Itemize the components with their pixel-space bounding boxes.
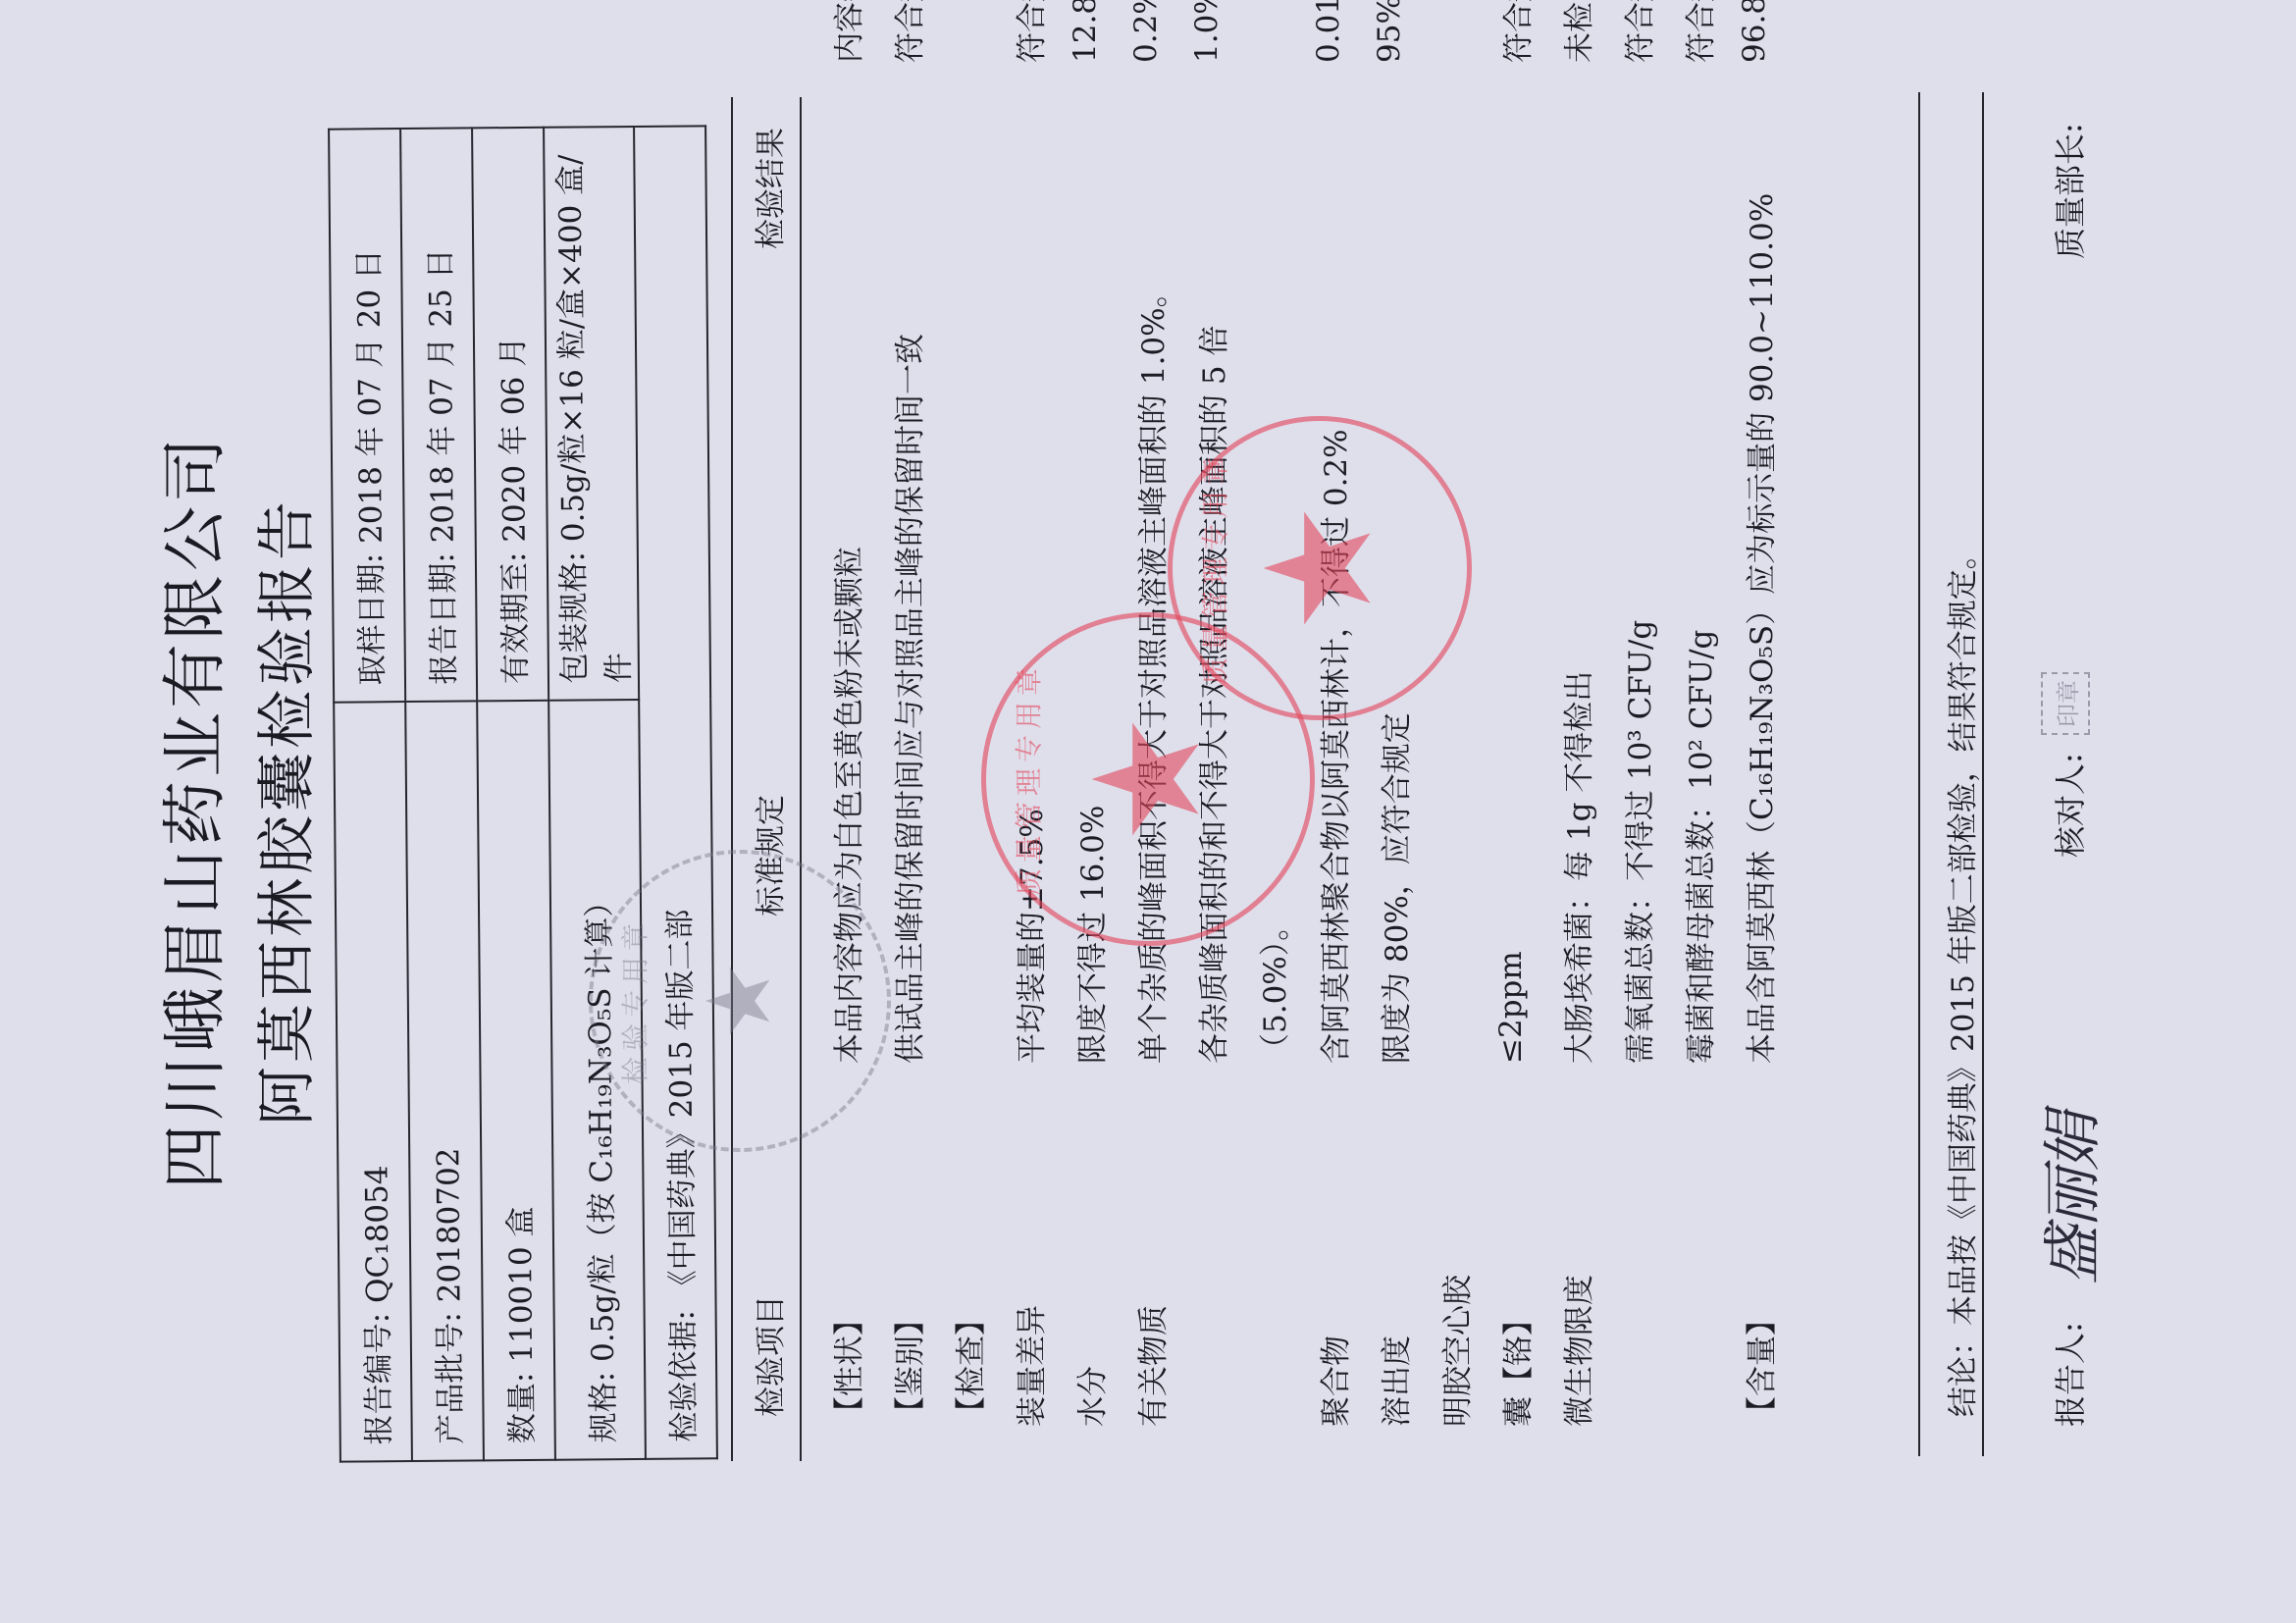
reporter-signature: 盛丽娟	[2026, 1114, 2111, 1284]
divider-line	[1918, 92, 1920, 1456]
column-header-result: 检验结果	[746, 128, 790, 249]
table-row: 装量差异平均装量的±7.5%符合规定	[1007, 53, 1046, 1427]
standard-cell: 供试品主峰的保留时间应与对照品主峰的保留时间一致	[885, 334, 929, 1064]
standard-cell: 大肠埃希菌：每 1g 不得检出	[1554, 671, 1598, 1064]
checker-seal: 印章	[2041, 672, 2090, 735]
specification-label: 规格:	[586, 1372, 622, 1443]
column-header-item: 检验项目	[746, 1295, 790, 1417]
reporter-label: 报告人:	[2046, 1322, 2091, 1427]
table-row: 【性状】本品内容物应为白色至黄色粉末或颗粒内容物为白色颗粒	[824, 53, 863, 1427]
standard-cell: 限度不得过 16.0%	[1068, 806, 1112, 1064]
result-cell: 95%	[1372, 0, 1407, 63]
standard-cell: 单个杂质的峰面积不得大于对照品溶液主峰面积的 1.0%。	[1128, 277, 1173, 1064]
batch-number-cell: 产品批号: 20180702	[405, 701, 484, 1461]
batch-number-value: 20180702	[431, 1147, 467, 1302]
standard-cell: 平均装量的±7.5%	[1007, 809, 1051, 1064]
standard-cell: （5.0%）。	[1250, 911, 1294, 1064]
expiry-cell: 有效期至: 2020 年 06 月	[472, 128, 548, 702]
table-row: 霉菌和酵母菌总数：10² CFU/g符合规定	[1676, 53, 1715, 1427]
item-cell: 囊【铬】	[1493, 1305, 1538, 1427]
item-cell: 微生物限度	[1554, 1275, 1598, 1427]
info-row: 检验依据: 《中国药典》2015 年版二部	[634, 126, 717, 1459]
quantity-label: 数量:	[504, 1372, 541, 1443]
table-row: 有关物质单个杂质的峰面积不得大于对照品溶液主峰面积的 1.0%。0.2%	[1128, 53, 1168, 1427]
checker-label: 核对人:	[2046, 753, 2091, 858]
result-cell: 内容物为白色颗粒	[824, 0, 868, 63]
report-page: 四川峨眉山药业有限公司 阿莫西林胶囊检验报告 报告编号: QC₁8054 取样日…	[0, 0, 2296, 1623]
column-header-standard: 标准规定	[746, 795, 790, 916]
report-number-label: 报告编号:	[361, 1313, 397, 1445]
table-row: （5.0%）。	[1250, 53, 1289, 1427]
specification-cell: 规格: 0.5g/粒（按 C₁₆H₁₉N₃O₅S 计算）	[548, 700, 646, 1460]
info-row: 规格: 0.5g/粒（按 C₁₆H₁₉N₃O₅S 计算） 包装规格: 0.5g/…	[544, 127, 646, 1460]
item-cell: 【含量】	[1737, 1305, 1781, 1427]
report-info-table: 报告编号: QC₁8054 取样日期: 2018 年 07 月 20 日 产品批…	[328, 125, 718, 1462]
info-row: 报告编号: QC₁8054 取样日期: 2018 年 07 月 20 日	[329, 129, 412, 1462]
item-cell: 水分	[1068, 1366, 1112, 1427]
item-cell: 聚合物	[1311, 1335, 1355, 1427]
company-title: 四川峨眉山药业有限公司	[142, 0, 235, 1623]
result-cell: 96.8%	[1737, 0, 1772, 63]
info-row: 数量: 110010 盒 有效期至: 2020 年 06 月	[472, 128, 555, 1461]
standard-cell: 本品内容物应为白色至黄色粉末或颗粒	[824, 547, 868, 1064]
result-cell: 符合规定	[1007, 0, 1051, 63]
report-number-cell: 报告编号: QC₁8054	[334, 702, 412, 1462]
packaging-label: 包装规格:	[556, 551, 593, 684]
standard-cell: ≤2ppm	[1493, 951, 1529, 1064]
basis-label: 检验依据:	[666, 1310, 703, 1442]
scanned-document: 四川峨眉山药业有限公司 阿莫西林胶囊检验报告 报告编号: QC₁8054 取样日…	[0, 0, 2296, 1623]
table-row: 【鉴别】供试品主峰的保留时间应与对照品主峰的保留时间一致符合规定	[885, 53, 924, 1427]
conclusion-text: 结论：本品按《中国药典》2015 年版二部检验，结果符合规定。	[1938, 539, 1982, 1417]
batch-number-label: 产品批号:	[433, 1312, 469, 1444]
report-date-value: 2018 年 07 月 25 日	[423, 248, 461, 543]
table-row: 需氧菌总数：不得过 10³ CFU/g符合规定	[1615, 53, 1654, 1427]
sampling-date-value: 2018 年 07 月 20 日	[351, 249, 390, 544]
expiry-label: 有效期至:	[497, 551, 534, 684]
table-row: 囊【铬】≤2ppm符合规定	[1493, 53, 1533, 1427]
table-row: 明胶空心胶	[1433, 53, 1472, 1427]
table-row: 水分限度不得过 16.0%12.8%	[1068, 53, 1107, 1427]
standard-cell: 需氧菌总数：不得过 10³ CFU/g	[1615, 620, 1659, 1064]
qa-head-label: 质量部长:	[2046, 123, 2091, 259]
report-date-label: 报告日期:	[426, 552, 462, 685]
item-cell: 【检查】	[946, 1305, 990, 1427]
standard-cell: 各杂质峰面积的和不得大于对照品溶液主峰面积的 5 倍	[1189, 326, 1233, 1064]
item-cell: 有关物质	[1128, 1305, 1173, 1427]
expiry-value: 2020 年 06 月	[496, 337, 533, 543]
table-row: 各杂质峰面积的和不得大于对照品溶液主峰面积的 5 倍1.0%	[1189, 53, 1228, 1427]
divider-line	[1982, 92, 1984, 1456]
result-cell: 符合规定	[1676, 0, 1720, 63]
table-row: 溶出度限度为 80%，应符合规定95%	[1372, 53, 1411, 1427]
quantity-value: 110010 盒	[503, 1206, 540, 1363]
report-number-value: QC₁8054	[359, 1165, 395, 1303]
item-cell: 装量差异	[1007, 1305, 1051, 1427]
sampling-date-cell: 取样日期: 2018 年 07 月 20 日	[329, 129, 405, 703]
item-cell: 【鉴别】	[885, 1305, 929, 1427]
standard-cell: 限度为 80%，应符合规定	[1372, 712, 1416, 1064]
item-cell: 溶出度	[1372, 1335, 1416, 1427]
result-cell: 符合规定	[885, 0, 929, 63]
result-cell: 0.2%	[1128, 0, 1164, 63]
item-cell: 明胶空心胶	[1433, 1275, 1477, 1427]
report-title: 阿莫西林胶囊检验报告	[240, 0, 325, 1623]
result-cell: 12.8%	[1068, 0, 1103, 63]
report-date-cell: 报告日期: 2018 年 07 月 25 日	[400, 128, 477, 702]
table-row: 微生物限度大肠埃希菌：每 1g 不得检出未检出	[1554, 53, 1593, 1427]
info-row: 产品批号: 20180702 报告日期: 2018 年 07 月 25 日	[400, 128, 484, 1461]
result-cell: 符合规定	[1493, 0, 1538, 63]
standard-cell: 本品含阿莫西林（C₁₆H₁₉N₃O₅S）应为标示量的 90.0~110.0%	[1737, 193, 1781, 1064]
quantity-cell: 数量: 110010 盒	[477, 701, 555, 1461]
table-row: 聚合物含阿莫西林聚合物以阿莫西林计，不得过 0.2%0.010%	[1311, 53, 1350, 1427]
basis-value: 《中国药典》2015 年版二部	[662, 909, 701, 1300]
result-cell: 1.0%	[1189, 0, 1225, 63]
table-row: 【含量】本品含阿莫西林（C₁₆H₁₉N₃O₅S）应为标示量的 90.0~110.…	[1737, 53, 1776, 1427]
specification-value: 0.5g/粒（按 C₁₆H₁₉N₃O₅S 计算）	[581, 886, 620, 1362]
table-row: 【检查】	[946, 53, 985, 1427]
divider-line	[731, 97, 733, 1461]
divider-line	[800, 97, 802, 1461]
result-cell: 0.010%	[1311, 0, 1346, 63]
result-cell: 符合规定	[1615, 0, 1659, 63]
standard-cell: 含阿莫西林聚合物以阿莫西林计，不得过 0.2%	[1311, 429, 1355, 1064]
item-cell: 【性状】	[824, 1305, 868, 1427]
packaging-cell: 包装规格: 0.5g/粒×16 粒/盒×400 盒/件	[544, 127, 639, 701]
sampling-date-label: 取样日期:	[354, 553, 391, 686]
standard-cell: 霉菌和酵母菌总数：10² CFU/g	[1676, 630, 1720, 1064]
result-cell: 未检出	[1554, 0, 1598, 63]
basis-cell: 检验依据: 《中国药典》2015 年版二部	[634, 126, 717, 1459]
